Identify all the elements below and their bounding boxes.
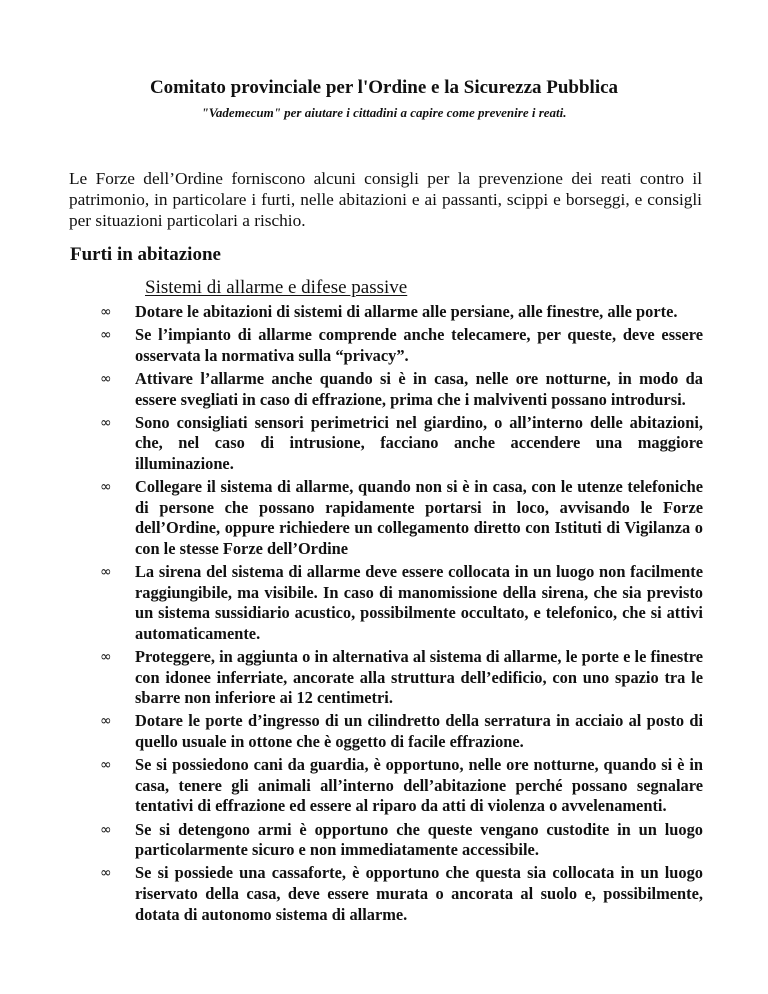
- list-item: ∞Se si possiede una cassaforte, è opport…: [100, 863, 703, 925]
- document-title: Comitato provinciale per l'Ordine e la S…: [0, 76, 768, 100]
- infinity-bullet-icon: ∞: [100, 477, 120, 498]
- list-item-text: Dotare le porte d’ingresso di un cilindr…: [135, 711, 703, 751]
- list-item-text: Attivare l’allarme anche quando si è in …: [135, 369, 703, 409]
- list-item: ∞Se si detengono armi è opportuno che qu…: [100, 820, 703, 861]
- infinity-bullet-icon: ∞: [100, 562, 120, 583]
- list-item-text: Se si possiede una cassaforte, è opportu…: [135, 863, 703, 923]
- list-item: ∞Se l’impianto di allarme comprende anch…: [100, 325, 703, 366]
- intro-paragraph: Le Forze dell’Ordine forniscono alcuni c…: [69, 168, 702, 231]
- infinity-bullet-icon: ∞: [100, 863, 120, 884]
- document-subtitle: "Vademecum" per aiutare i cittadini a ca…: [0, 104, 768, 122]
- infinity-bullet-icon: ∞: [100, 302, 120, 323]
- infinity-bullet-icon: ∞: [100, 369, 120, 390]
- document-page: Comitato provinciale per l'Ordine e la S…: [0, 0, 768, 994]
- infinity-bullet-icon: ∞: [100, 647, 120, 668]
- list-item: ∞La sirena del sistema di allarme deve e…: [100, 562, 703, 644]
- list-item-text: Proteggere, in aggiunta o in alternativa…: [135, 647, 703, 707]
- infinity-bullet-icon: ∞: [100, 325, 120, 346]
- list-item-text: La sirena del sistema di allarme deve es…: [135, 562, 703, 643]
- list-item: ∞Attivare l’allarme anche quando si è in…: [100, 369, 703, 410]
- list-item: ∞Dotare le porte d’ingresso di un cilind…: [100, 711, 703, 752]
- infinity-bullet-icon: ∞: [100, 820, 120, 841]
- list-item: ∞ Se si possiedono cani da guardia, è op…: [100, 755, 703, 817]
- subsection-heading: Sistemi di allarme e difese passive: [145, 277, 407, 299]
- list-item-text: Se l’impianto di allarme comprende anche…: [135, 325, 703, 365]
- list-item-text: Se si detengono armi è opportuno che que…: [135, 820, 703, 860]
- list-item-text: Collegare il sistema di allarme, quando …: [135, 477, 703, 558]
- list-item: ∞Sono consigliati sensori perimetrici ne…: [100, 413, 703, 475]
- list-item-text: Se si possiedono cani da guardia, è oppo…: [135, 755, 703, 815]
- advice-list: ∞Dotare le abitazioni di sistemi di alla…: [100, 302, 703, 928]
- infinity-bullet-icon: ∞: [100, 755, 120, 776]
- infinity-bullet-icon: ∞: [100, 413, 120, 434]
- section-heading: Furti in abitazione: [70, 243, 221, 267]
- list-item: ∞Proteggere, in aggiunta o in alternativ…: [100, 647, 703, 709]
- infinity-bullet-icon: ∞: [100, 711, 120, 732]
- list-item-text: Sono consigliati sensori perimetrici nel…: [135, 413, 703, 473]
- list-item: ∞Collegare il sistema di allarme, quando…: [100, 477, 703, 559]
- list-item: ∞Dotare le abitazioni di sistemi di alla…: [100, 302, 703, 323]
- list-item-text: Dotare le abitazioni di sistemi di allar…: [135, 302, 677, 321]
